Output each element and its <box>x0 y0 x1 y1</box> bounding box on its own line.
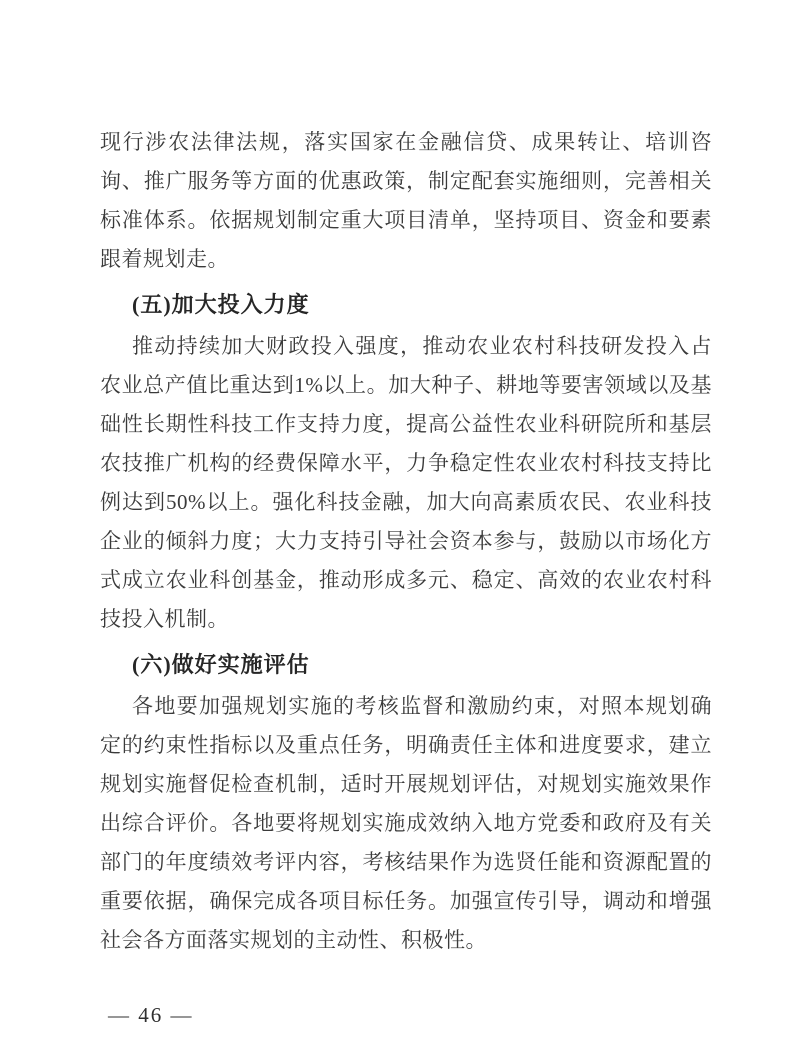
body-paragraph: 各地要加强规划实施的考核监督和激励约束，对照本规划确定的约束性指标以及重点任务，… <box>100 687 712 960</box>
section-heading: (六)做好实施评估 <box>100 645 712 684</box>
page-number: — 46 — <box>108 1003 194 1028</box>
document-content: 现行涉农法律法规，落实国家在金融信贷、成果转让、培训咨询、推广服务等方面的优惠政… <box>100 123 712 960</box>
body-paragraph: 现行涉农法律法规，落实国家在金融信贷、成果转让、培训咨询、推广服务等方面的优惠政… <box>100 123 712 279</box>
document-page: 现行涉农法律法规，落实国家在金融信贷、成果转让、培训咨询、推广服务等方面的优惠政… <box>0 0 794 1063</box>
section-heading: (五)加大投入力度 <box>100 285 712 324</box>
body-paragraph: 推动持续加大财政投入强度，推动农业农村科技研发投入占农业总产值比重达到1%以上。… <box>100 327 712 639</box>
